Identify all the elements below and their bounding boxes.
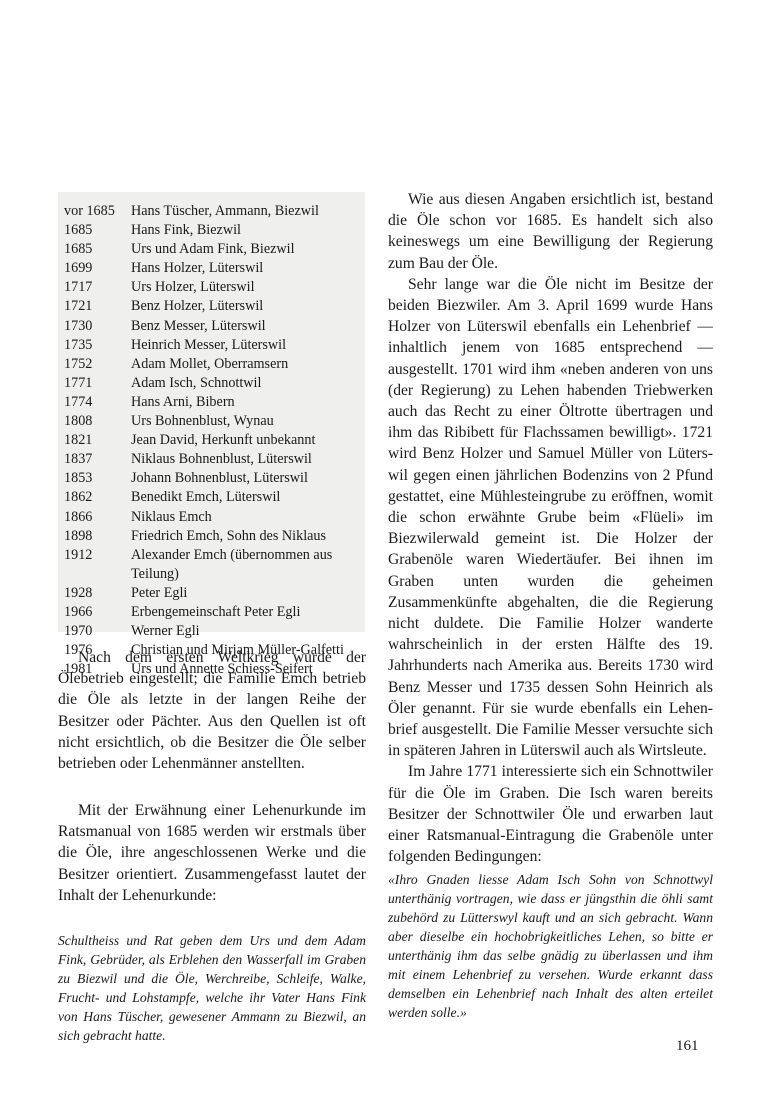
owner-list-table: vor 1685Hans Tüscher, Ammann, Biezwil 16…	[64, 202, 364, 679]
table-row: 1735Heinrich Messer, Lüterswil	[64, 336, 364, 355]
table-row: 1928Peter Egli	[64, 584, 364, 603]
paragraph-isch: Im Jahre 1771 interessierte sich ein Sch…	[388, 761, 713, 867]
owner-name: Friedrich Emch, Sohn des Niklaus	[131, 527, 364, 546]
owner-name: Peter Egli	[131, 584, 364, 603]
owner-year: 1730	[64, 317, 131, 336]
left-column-para-2-block: Mit der Erwähnung einer Lehenurkunde im …	[58, 800, 366, 906]
owner-year: 1771	[64, 374, 131, 393]
owner-name: Erbengemeinschaft Peter Egli	[131, 603, 364, 622]
owner-name: Heinrich Messer, Lüterswil	[131, 336, 364, 355]
table-row: 1685Hans Fink, Biezwil	[64, 221, 364, 240]
owner-name: Benedikt Emch, Lüterswil	[131, 488, 364, 507]
quote-ratsmanual: «Ihro Gnaden liesse Adam Isch Sohn von S…	[388, 870, 713, 1022]
owner-year: 1928	[64, 584, 131, 603]
paragraph-weltkrieg: Nach dem ersten Weltkrieg wurde der Öleb…	[58, 647, 366, 774]
owner-year: 1808	[64, 412, 131, 431]
owner-year: 1735	[64, 336, 131, 355]
owner-name: Jean David, Herkunft unbekannt	[131, 431, 364, 450]
owner-name: Adam Isch, Schnottwil	[131, 374, 364, 393]
owner-year: 1821	[64, 431, 131, 450]
owner-name: Urs Bohnenblust, Wynau	[131, 412, 364, 431]
owner-name: Alexander Emch (übernommen aus Teilung)	[131, 546, 364, 584]
paragraph-lehenurkunde: Mit der Erwähnung einer Lehenurkunde im …	[58, 800, 366, 906]
owner-year: 1862	[64, 488, 131, 507]
table-row: 1752Adam Mollet, Oberramsern	[64, 355, 364, 374]
owner-year: 1685	[64, 221, 131, 240]
left-column-para-1-block: Nach dem ersten Weltkrieg wurde der Öleb…	[58, 647, 366, 774]
quote-lehenurkunde: Schultheiss und Rat geben dem Urs und de…	[58, 931, 366, 1045]
table-row: 1966Erbengemeinschaft Peter Egli	[64, 603, 364, 622]
table-row: 1970Werner Egli	[64, 622, 364, 641]
owner-name: Benz Messer, Lüterswil	[131, 317, 364, 336]
owner-name: Werner Egli	[131, 622, 364, 641]
owner-name: Niklaus Bohnenblust, Lüterswil	[131, 450, 364, 469]
owner-year: 1837	[64, 450, 131, 469]
owner-name: Benz Holzer, Lüterswil	[131, 297, 364, 316]
table-row: 1730Benz Messer, Lüterswil	[64, 317, 364, 336]
owner-name: Hans Fink, Biezwil	[131, 221, 364, 240]
page-number: 161	[676, 1038, 699, 1055]
owner-name: Hans Arni, Bibern	[131, 393, 364, 412]
table-row: 1862Benedikt Emch, Lüterswil	[64, 488, 364, 507]
paragraph-angaben: Wie aus diesen Angaben ersichtlich ist, …	[388, 189, 713, 274]
table-row: 1685Urs und Adam Fink, Biezwil	[64, 240, 364, 259]
owner-name: Urs und Adam Fink, Biezwil	[131, 240, 364, 259]
book-page: vor 1685Hans Tüscher, Ammann, Biezwil 16…	[0, 0, 774, 1094]
table-row: vor 1685Hans Tüscher, Ammann, Biezwil	[64, 202, 364, 221]
owner-year: 1774	[64, 393, 131, 412]
owner-year: vor 1685	[64, 202, 131, 221]
table-row: 1808Urs Bohnenblust, Wynau	[64, 412, 364, 431]
owner-name: Niklaus Emch	[131, 508, 364, 527]
owner-year: 1966	[64, 603, 131, 622]
table-row: 1837Niklaus Bohnenblust, Lüterswil	[64, 450, 364, 469]
owner-year: 1912	[64, 546, 131, 584]
owner-name: Adam Mollet, Oberramsern	[131, 355, 364, 374]
owner-name: Johann Bohnenblust, Lüterswil	[131, 469, 364, 488]
owner-year: 1898	[64, 527, 131, 546]
owner-year: 1721	[64, 297, 131, 316]
owner-year: 1699	[64, 259, 131, 278]
table-row: 1866Niklaus Emch	[64, 508, 364, 527]
table-row: 1898Friedrich Emch, Sohn des Niklaus	[64, 527, 364, 546]
owner-year: 1970	[64, 622, 131, 641]
right-column-text: Wie aus diesen Angaben ersichtlich ist, …	[388, 189, 713, 1022]
owner-year: 1685	[64, 240, 131, 259]
left-column-quote-block: Schultheiss und Rat geben dem Urs und de…	[58, 931, 366, 1045]
table-row: 1821Jean David, Herkunft unbekannt	[64, 431, 364, 450]
owner-name: Hans Tüscher, Ammann, Biezwil	[131, 202, 364, 221]
paragraph-holzer-messer: Sehr lange war die Öle nicht im Besitze …	[388, 274, 713, 762]
owner-year: 1866	[64, 508, 131, 527]
table-row: 1774Hans Arni, Bibern	[64, 393, 364, 412]
table-row: 1912Alexander Emch (übernommen aus Teilu…	[64, 546, 364, 584]
table-row: 1699Hans Holzer, Lüterswil	[64, 259, 364, 278]
owner-name: Urs Holzer, Lüterswil	[131, 278, 364, 297]
owner-year: 1853	[64, 469, 131, 488]
table-row: 1717Urs Holzer, Lüterswil	[64, 278, 364, 297]
owner-year: 1752	[64, 355, 131, 374]
owner-name: Hans Holzer, Lüterswil	[131, 259, 364, 278]
table-row: 1721Benz Holzer, Lüterswil	[64, 297, 364, 316]
owner-year: 1717	[64, 278, 131, 297]
table-row: 1853Johann Bohnenblust, Lüterswil	[64, 469, 364, 488]
table-row: 1771Adam Isch, Schnottwil	[64, 374, 364, 393]
